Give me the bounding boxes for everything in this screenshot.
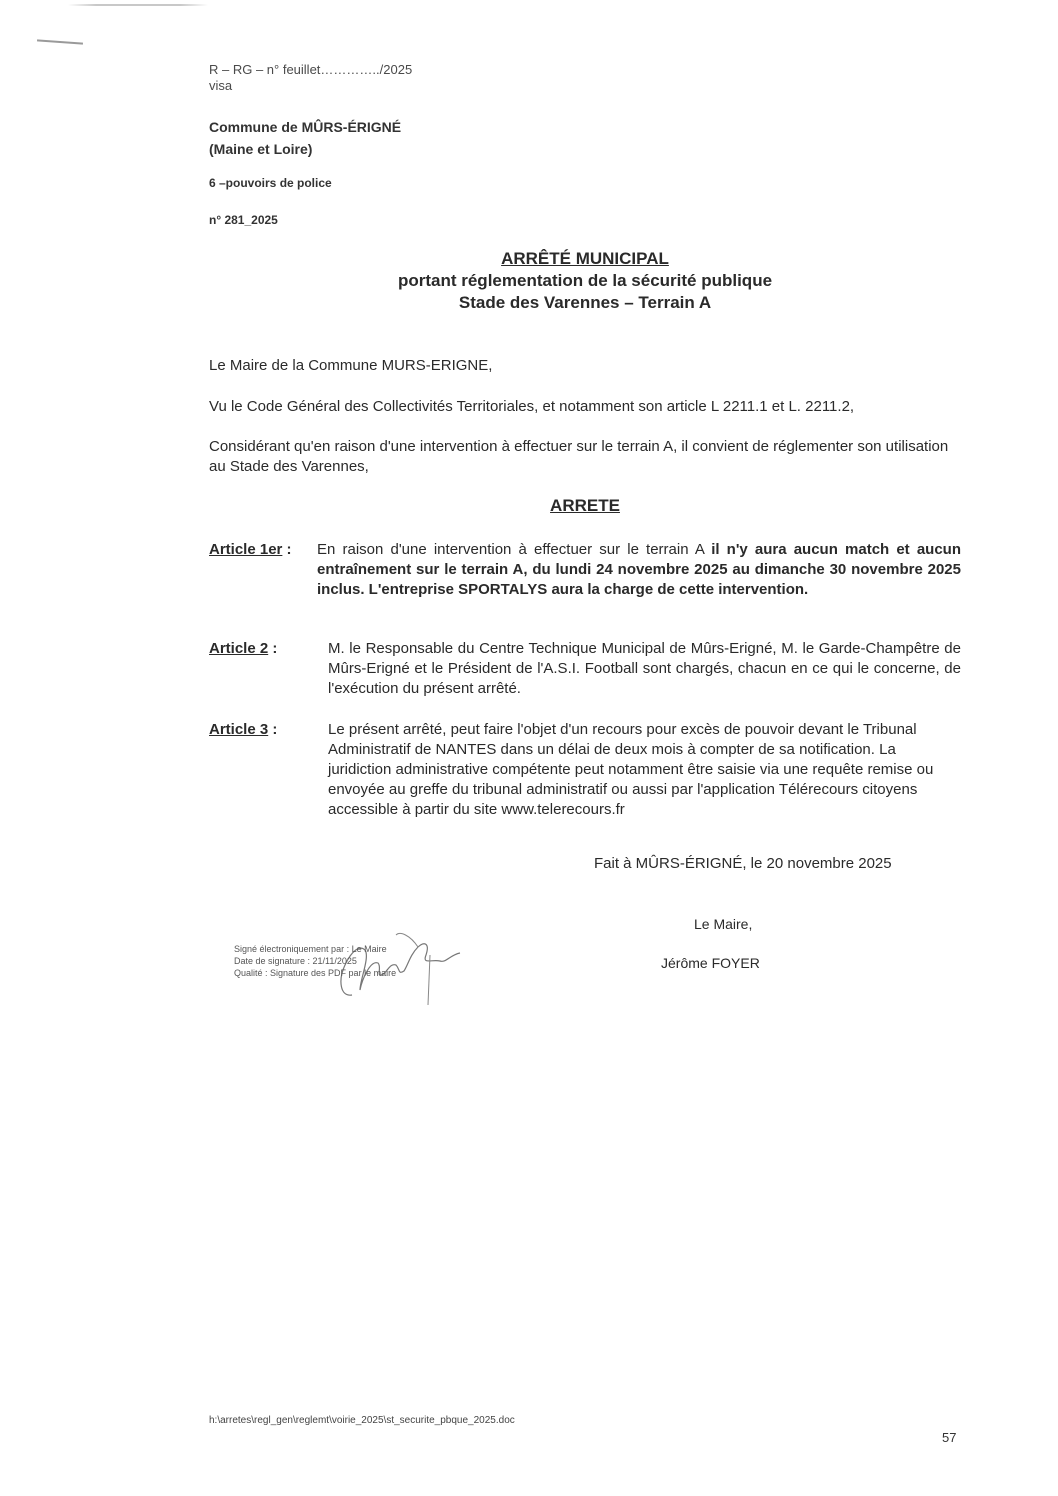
file-path: h:\arretes\regl_gen\reglemt\voirie_2025\… — [209, 1415, 515, 1426]
reference-line: R – RG – n° feuillet…………../2025 — [209, 62, 412, 77]
commune-name: Commune de MÛRS-ÉRIGNÉ — [209, 116, 401, 138]
visa-label: visa — [209, 78, 232, 93]
article-text: En raison d'une intervention à effectuer… — [317, 540, 961, 600]
article-text: Le présent arrêté, peut faire l'objet d'… — [328, 720, 961, 820]
article-2: Article 2 : M. le Responsable du Centre … — [209, 639, 961, 699]
signatory-name: Jérôme FOYER — [661, 955, 760, 971]
article-label: Article 3 : — [209, 720, 328, 820]
arrete-number: n° 281_2025 — [209, 213, 278, 227]
electronic-signature-stamp: Signé électroniquement par : Le Maire Da… — [234, 943, 396, 979]
title-subject: portant réglementation de la sécurité pu… — [300, 270, 870, 292]
scan-artifact-top — [68, 4, 208, 6]
article-label: Article 2 : — [209, 639, 328, 699]
article-3: Article 3 : Le présent arrêté, peut fair… — [209, 720, 961, 820]
article-text: M. le Responsable du Centre Technique Mu… — [328, 639, 961, 699]
scan-artifact-left — [37, 39, 83, 44]
title-main: ARRÊTÉ MUNICIPAL — [300, 248, 870, 270]
article-1: Article 1er : En raison d'une interventi… — [209, 540, 961, 600]
commune-department: (Maine et Loire) — [209, 138, 401, 160]
document-title: ARRÊTÉ MUNICIPAL portant réglementation … — [300, 248, 870, 314]
title-location: Stade des Varennes – Terrain A — [300, 292, 870, 314]
arrete-heading: ARRETE — [300, 496, 870, 516]
commune-block: Commune de MÛRS-ÉRIGNÉ (Maine et Loire) — [209, 116, 401, 160]
page-number: 57 — [942, 1430, 956, 1445]
preamble-mayor: Le Maire de la Commune MURS-ERIGNE, — [209, 356, 969, 376]
preamble-considering: Considérant qu'en raison d'une intervent… — [209, 437, 969, 477]
preamble-legal-basis: Vu le Code Général des Collectivités Ter… — [209, 397, 969, 417]
article-label: Article 1er : — [209, 540, 317, 600]
place-and-date: Fait à MÛRS-ÉRIGNÉ, le 20 novembre 2025 — [594, 855, 892, 872]
signatory-role: Le Maire, — [694, 916, 752, 932]
category-label: 6 –pouvoirs de police — [209, 176, 332, 190]
